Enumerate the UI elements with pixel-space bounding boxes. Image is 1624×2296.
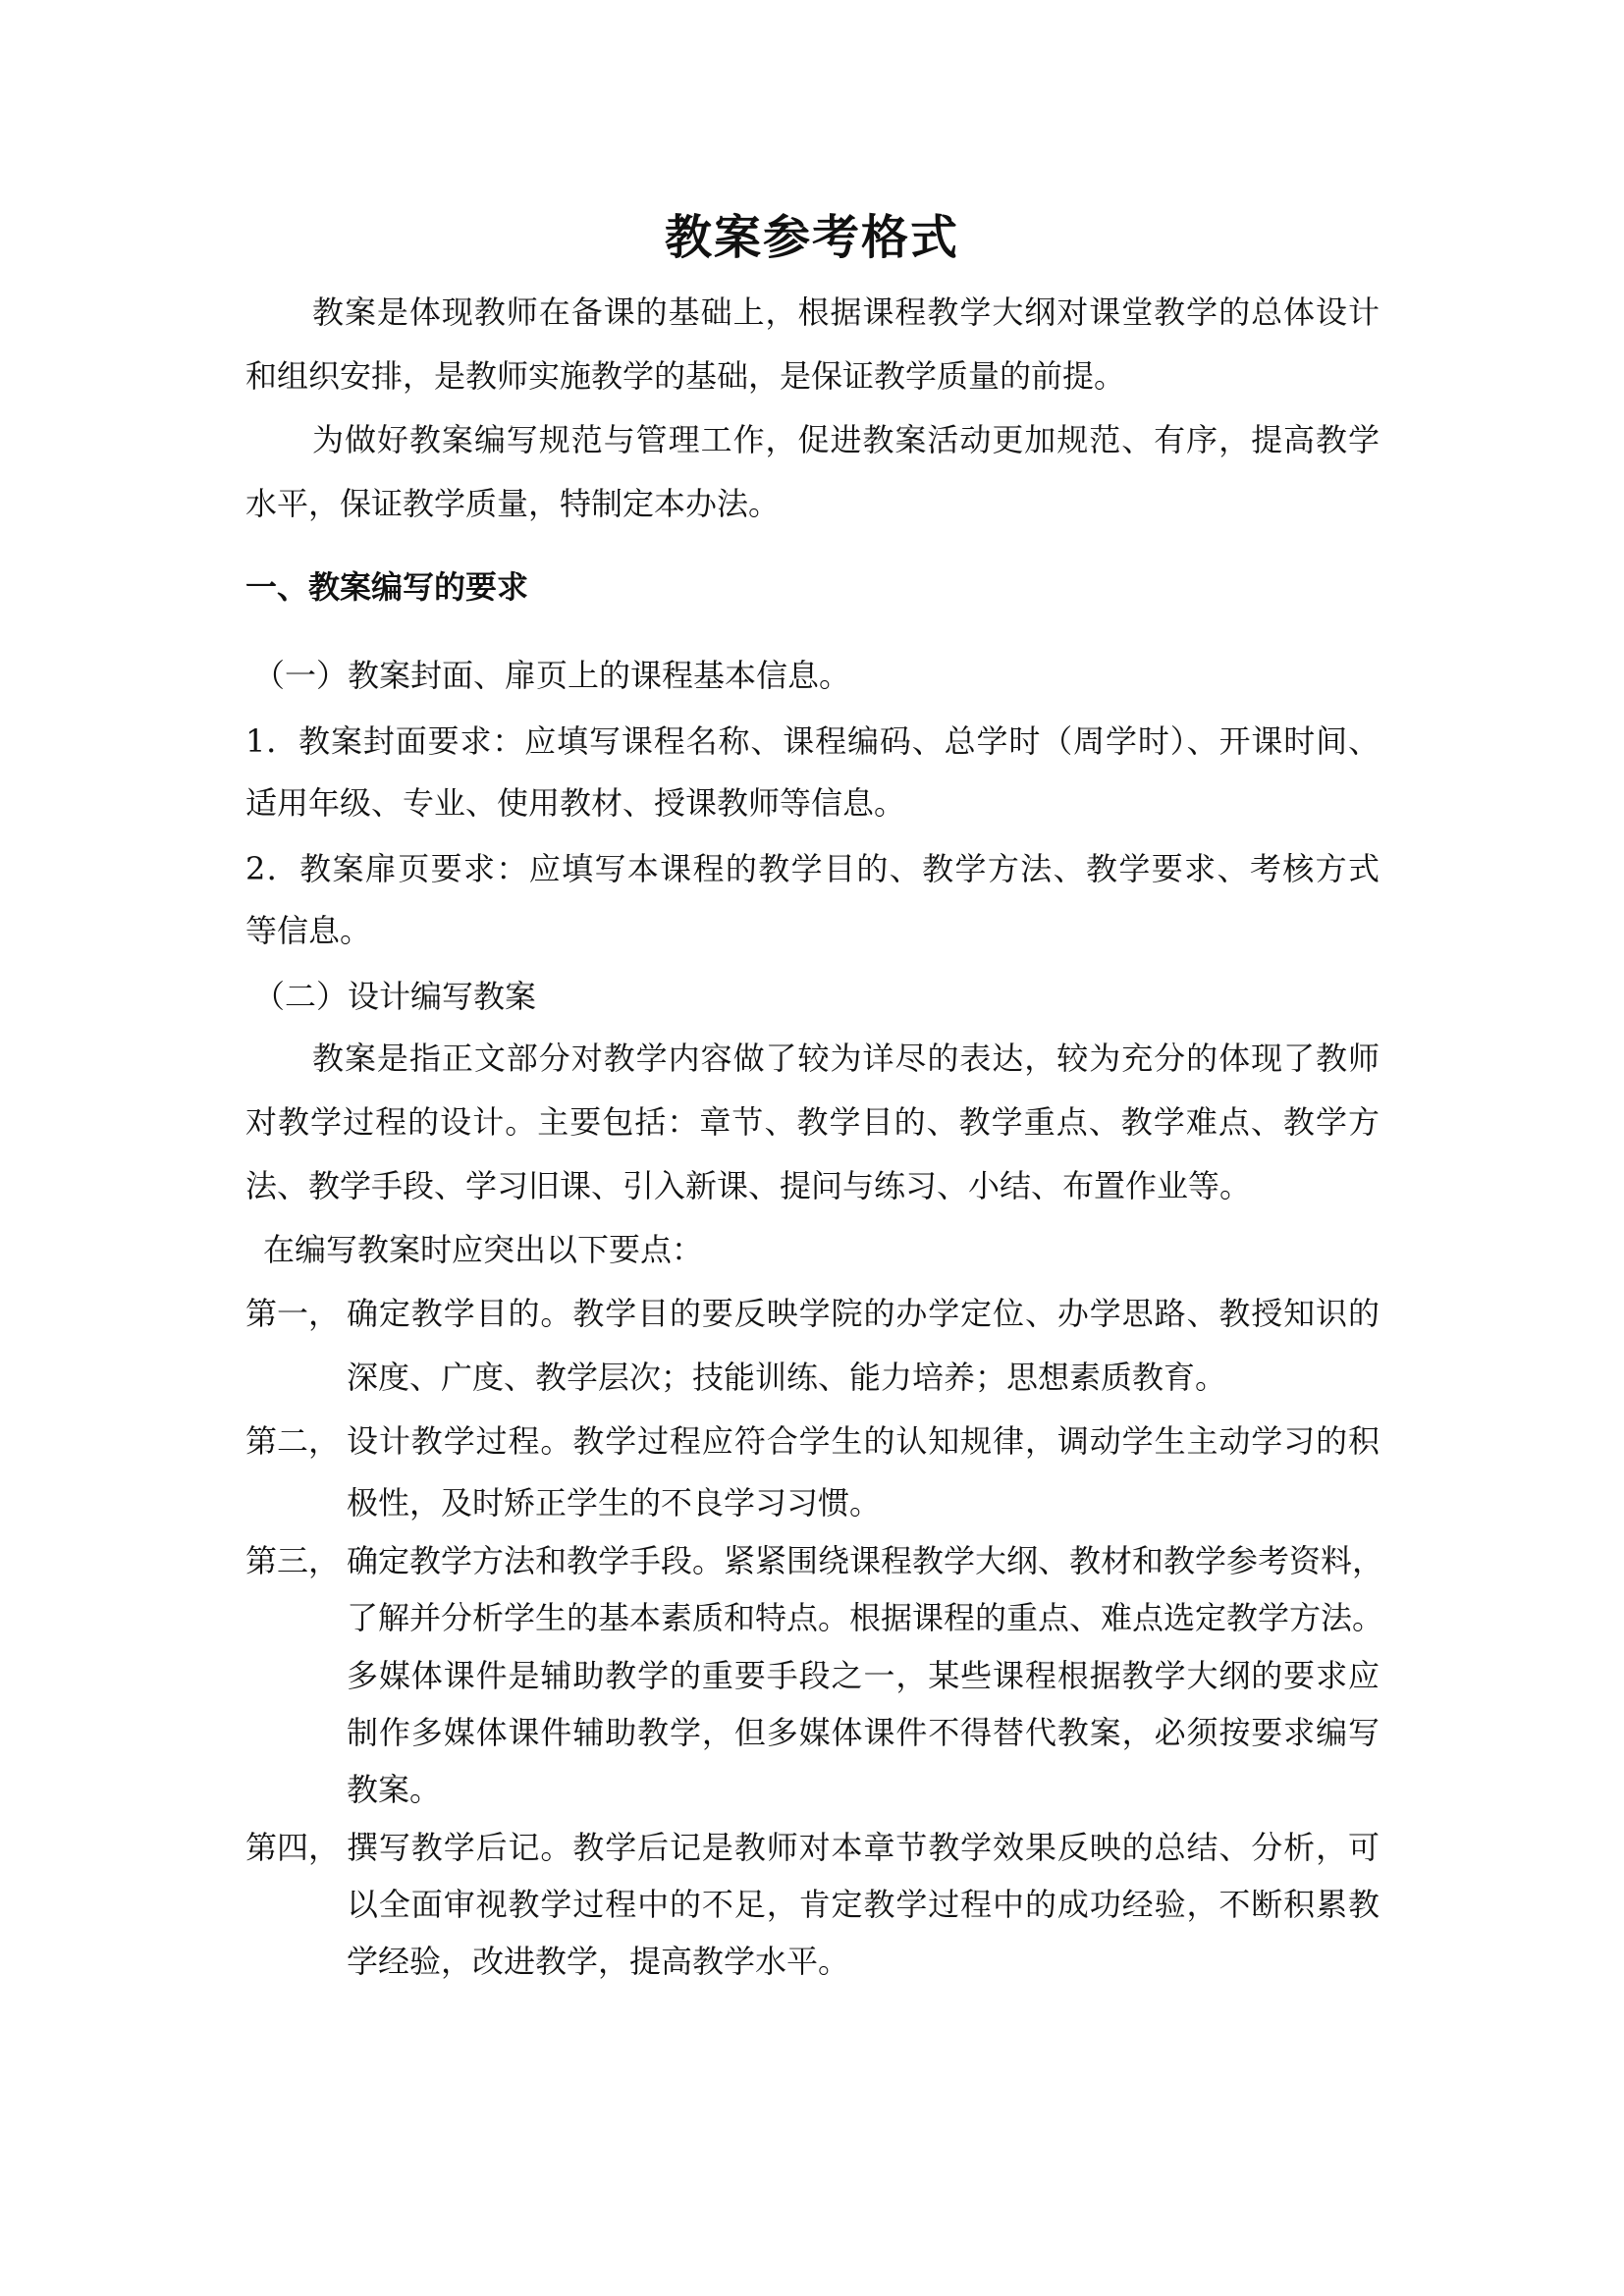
body-line: 教案是指正文部分对教学内容做了较为详尽的表达，较为充分的体现了教师 (312, 1039, 1380, 1078)
point-line: 深度、广度、教学层次；技能训练、能力培养；思想素质教育。 (347, 1358, 1380, 1397)
point-line: 多媒体课件是辅助教学的重要手段之一，某些课程根据教学大纲的要求应 (347, 1656, 1380, 1695)
intro-line: 和组织安排，是教师实施教学的基础，是保证教学质量的前提。 (245, 356, 1380, 396)
document-title: 教案参考格式 (0, 208, 1624, 267)
point-line: 了解并分析学生的基本素质和特点。根据课程的重点、难点选定教学方法。 (347, 1598, 1380, 1637)
point-label: 第三， (245, 1541, 340, 1580)
point-line: 撰写教学后记。教学后记是教师对本章节教学效果反映的总结、分析，可 (347, 1828, 1380, 1867)
body-line: 对教学过程的设计。主要包括：章节、教学目的、教学重点、教学难点、教学方 (245, 1102, 1380, 1142)
point-line: 以全面审视教学过程中的不足，肯定教学过程中的成功经验，不断积累教 (347, 1885, 1380, 1924)
section-heading: 一、教案编写的要求 (245, 567, 1380, 607)
subsection-heading: （二）设计编写教案 (253, 977, 1380, 1016)
lead-line: 在编写教案时应突出以下要点： (263, 1230, 1380, 1269)
point-line: 教案。 (347, 1770, 1380, 1809)
point-line: 确定教学目的。教学目的要反映学院的办学定位、办学思路、教授知识的 (347, 1294, 1380, 1333)
intro-line: 为做好教案编写规范与管理工作，促进教案活动更加规范、有序，提高教学 (312, 420, 1380, 459)
list-item-line: 2．教案扉页要求：应填写本课程的教学目的、教学方法、教学要求、考核方式 (245, 849, 1380, 888)
point-line: 学经验，改进教学，提高教学水平。 (347, 1942, 1380, 1981)
list-item-line: 适用年级、专业、使用教材、授课教师等信息。 (245, 783, 1380, 823)
point-label: 第一， (245, 1294, 340, 1333)
point-line: 确定教学方法和教学手段。紧紧围绕课程教学大纲、教材和教学参考资料， (347, 1541, 1380, 1580)
body-line: 法、教学手段、学习旧课、引入新课、提问与练习、小结、布置作业等。 (245, 1166, 1380, 1205)
list-item-line: 1．教案封面要求：应填写课程名称、课程编码、总学时（周学时）、开课时间、 (245, 721, 1380, 761)
subsection-heading: （一）教案封面、扉页上的课程基本信息。 (253, 656, 1380, 695)
point-label: 第二， (245, 1421, 340, 1461)
list-item-line: 等信息。 (245, 911, 1380, 950)
point-line: 设计教学过程。教学过程应符合学生的认知规律，调动学生主动学习的积 (347, 1421, 1380, 1461)
intro-line: 水平，保证教学质量，特制定本办法。 (245, 484, 1380, 523)
point-line: 极性，及时矫正学生的不良学习习惯。 (347, 1483, 1380, 1522)
point-line: 制作多媒体课件辅助教学，但多媒体课件不得替代教案，必须按要求编写 (347, 1713, 1380, 1752)
point-label: 第四， (245, 1828, 340, 1867)
intro-line: 教案是体现教师在备课的基础上，根据课程教学大纲对课堂教学的总体设计 (312, 293, 1380, 332)
